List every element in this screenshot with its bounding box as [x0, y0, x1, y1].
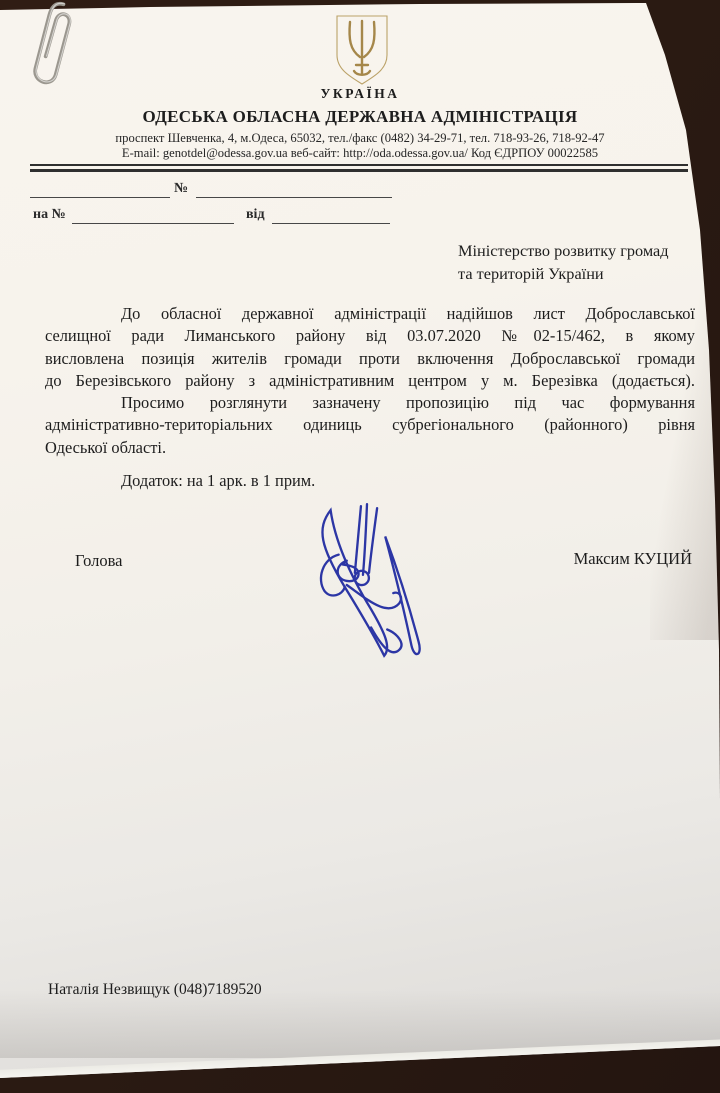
from-date-label: від — [246, 207, 265, 223]
recipient-line: Міністерство розвитку громад — [458, 239, 698, 262]
paperclip-icon — [20, 0, 86, 101]
body-line: до Березівського району з адміністративн… — [45, 370, 695, 392]
organization-name: ОДЕСЬКА ОБЛАСНА ДЕРЖАВНА АДМІНІСТРАЦІЯ — [0, 107, 720, 127]
on-number-label: на № — [33, 207, 66, 223]
signature-scribble-icon — [283, 494, 451, 676]
outgoing-date-blank — [30, 196, 170, 198]
body-line: висловлена позиція жителів громади проти… — [45, 348, 695, 370]
body-line: До обласної державної адміністрації наді… — [45, 303, 695, 325]
attachment-line: Додаток: на 1 арк. в 1 прим. — [121, 471, 315, 491]
incoming-number-blank — [72, 222, 234, 224]
coat-of-arms-icon — [329, 13, 395, 89]
body-line: адміністративно-територіальних одиниць с… — [45, 414, 695, 436]
letterhead-divider — [30, 164, 688, 172]
body-line: селищної ради Лиманського району від 03.… — [45, 325, 695, 347]
outgoing-number-blank — [196, 196, 392, 198]
body-line: Одеської області. — [45, 437, 695, 459]
letter-body: До обласної державної адміністрації наді… — [45, 303, 695, 459]
country-name: УКРАЇНА — [0, 86, 720, 102]
address-line: проспект Шевченка, 4, м.Одеса, 65032, те… — [0, 131, 720, 146]
number-sign-label: № — [174, 181, 188, 197]
recipient-line: та територій України — [458, 262, 698, 285]
letter-paper: УКРАЇНА ОДЕСЬКА ОБЛАСНА ДЕРЖАВНА АДМІНІС… — [0, 0, 720, 1093]
body-line: Просимо розглянути зазначену пропозицію … — [45, 392, 695, 414]
signer-name: Максим КУЦИЙ — [574, 549, 692, 569]
signer-position-title: Голова — [75, 551, 123, 571]
contact-line: E-mail: genotdel@odessa.gov.ua веб-сайт:… — [0, 146, 720, 161]
incoming-date-blank — [272, 222, 390, 224]
photographed-letter: УКРАЇНА ОДЕСЬКА ОБЛАСНА ДЕРЖАВНА АДМІНІС… — [0, 0, 720, 1093]
recipient-block: Міністерство розвитку громад та територі… — [458, 239, 698, 285]
